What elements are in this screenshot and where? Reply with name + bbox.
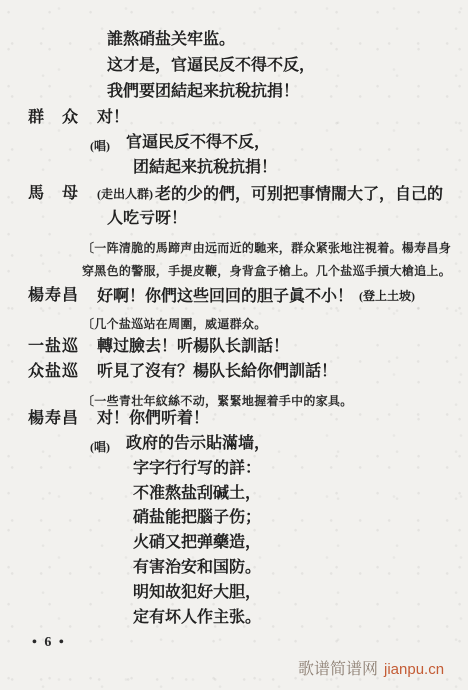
aria-text: 不准熬盐刮碱土， bbox=[133, 484, 261, 504]
aria-line: 字字行行写的詳： bbox=[0, 459, 468, 481]
dialogue-line: 楊寿昌 对！你們听着！ bbox=[0, 409, 468, 431]
aria-text: 有害治安和国防。 bbox=[133, 558, 261, 578]
aria-line: (唱) 政府的告示貼滿墙， bbox=[0, 434, 468, 456]
aria-text: 火硝又把弹藥造， bbox=[133, 533, 261, 553]
dialogue-line: 楊寿昌 好啊！你們这些回回的胆子眞不小！(登上土坡) bbox=[0, 286, 468, 308]
dialogue-text: 听見了沒有？楊队长給你們訓話！ bbox=[97, 362, 337, 382]
dialogue-text-body: 老的少的們，可别把事情閙大了，自己的 bbox=[155, 186, 443, 203]
aria-text: 定有坏人作主张。 bbox=[133, 608, 261, 628]
stage-direction-line: 〔一些青壮年紋絲不动，緊緊地握着手中的家具。 bbox=[0, 389, 468, 411]
aria-text: 硝盐能把腦子伤； bbox=[133, 508, 261, 528]
dialogue-text-body: 好啊！你們这些回回的胆子眞不小！ bbox=[97, 288, 353, 305]
verse-text: 誰熬硝盐关牢监。 bbox=[107, 30, 235, 50]
aria-text: 政府的告示貼滿墙， bbox=[126, 434, 270, 454]
dialogue-text: 对！ bbox=[97, 108, 129, 128]
speaker-label: 群 众 bbox=[28, 108, 79, 128]
verse-text: 这才是，官逼民反不得不反， bbox=[107, 56, 315, 76]
stage-direction-text: 〔一些青壮年紋絲不动，緊緊地握着手中的家具。 bbox=[82, 391, 353, 411]
dialogue-line: 众盐巡 听見了沒有？楊队长給你們訓話！ bbox=[0, 362, 468, 384]
speaker-label: 一盐巡 bbox=[28, 337, 79, 357]
aria-line: 团結起来抗稅抗捐！ bbox=[0, 158, 468, 180]
inline-stage-direction: (登上土坡) bbox=[359, 289, 415, 303]
page-number: • 6 • bbox=[32, 635, 66, 651]
scanned-script-page: 誰熬硝盐关牢监。 这才是，官逼民反不得不反， 我們要团結起来抗稅抗捐！ 群 众 … bbox=[0, 0, 468, 690]
watermark-site-url: jianpu.cn bbox=[384, 661, 444, 678]
aria-line: 不准熬盐刮碱土， bbox=[0, 484, 468, 506]
stage-direction-line: 〔几个盐巡站在周圍，威逼群众。 bbox=[0, 312, 468, 334]
dialogue-line: 群 众 对！ bbox=[0, 108, 468, 130]
dialogue-text: (走出人群)老的少的們，可别把事情閙大了，自己的 bbox=[97, 184, 443, 205]
aria-text: 团結起来抗稅抗捐！ bbox=[133, 158, 277, 178]
dialogue-line: 一盐巡 轉过臉去！听楊队长訓話！ bbox=[0, 337, 468, 359]
aria-text: 字字行行写的詳： bbox=[133, 459, 261, 479]
aria-line: (唱) 官逼民反不得不反， bbox=[0, 133, 468, 155]
speaker-label: 楊寿昌 bbox=[28, 286, 79, 306]
speaker-label: 众盐巡 bbox=[28, 362, 79, 382]
aria-mark: (唱) bbox=[90, 136, 110, 156]
speaker-label: 馬 母 bbox=[28, 184, 79, 204]
dialogue-text: 人吃亏呀！ bbox=[107, 209, 187, 229]
dialogue-text: 轉过臉去！听楊队长訓話！ bbox=[97, 337, 289, 357]
aria-text: 明知故犯好大胆， bbox=[133, 583, 261, 603]
verse-line: 我們要团結起来抗稅抗捐！ bbox=[0, 82, 468, 104]
stage-direction-text: 〔一阵清脆的馬蹄声由远而近的馳来，群众紧张地注視着。楊寿昌身 bbox=[82, 238, 451, 258]
aria-text: 官逼民反不得不反， bbox=[126, 133, 270, 153]
aria-mark: (唱) bbox=[90, 437, 110, 457]
aria-line: 有害治安和国防。 bbox=[0, 558, 468, 580]
aria-line: 火硝又把弹藥造， bbox=[0, 533, 468, 555]
stage-direction-text: 〔几个盐巡站在周圍，威逼群众。 bbox=[82, 314, 267, 334]
stage-direction-line: 穿黑色的警服，手提皮鞭，身背盒子槍上。几个盐巡手摃大槍追上。 bbox=[0, 259, 468, 281]
aria-line: 明知故犯好大胆， bbox=[0, 583, 468, 605]
verse-line: 誰熬硝盐关牢监。 bbox=[0, 30, 468, 52]
dialogue-text: 对！你們听着！ bbox=[97, 409, 209, 429]
verse-line: 这才是，官逼民反不得不反， bbox=[0, 56, 468, 78]
dialogue-continuation-line: 人吃亏呀！ bbox=[0, 209, 468, 231]
watermark-site-name: 歌谱简谱网 bbox=[298, 661, 378, 678]
inline-stage-direction: (走出人群) bbox=[97, 187, 153, 201]
site-watermark: 歌谱简谱网jianpu.cn bbox=[298, 656, 444, 679]
stage-direction-text: 穿黑色的警服，手提皮鞭，身背盒子槍上。几个盐巡手摃大槍追上。 bbox=[82, 261, 451, 281]
aria-line: 定有坏人作主张。 bbox=[0, 608, 468, 630]
dialogue-text: 好啊！你們这些回回的胆子眞不小！(登上土坡) bbox=[97, 286, 415, 307]
aria-line: 硝盐能把腦子伤； bbox=[0, 508, 468, 530]
speaker-label: 楊寿昌 bbox=[28, 409, 79, 429]
verse-text: 我們要团結起来抗稅抗捐！ bbox=[107, 82, 299, 102]
dialogue-line: 馬 母 (走出人群)老的少的們，可别把事情閙大了，自己的 bbox=[0, 184, 468, 206]
stage-direction-line: 〔一阵清脆的馬蹄声由远而近的馳来，群众紧张地注視着。楊寿昌身 bbox=[0, 236, 468, 258]
